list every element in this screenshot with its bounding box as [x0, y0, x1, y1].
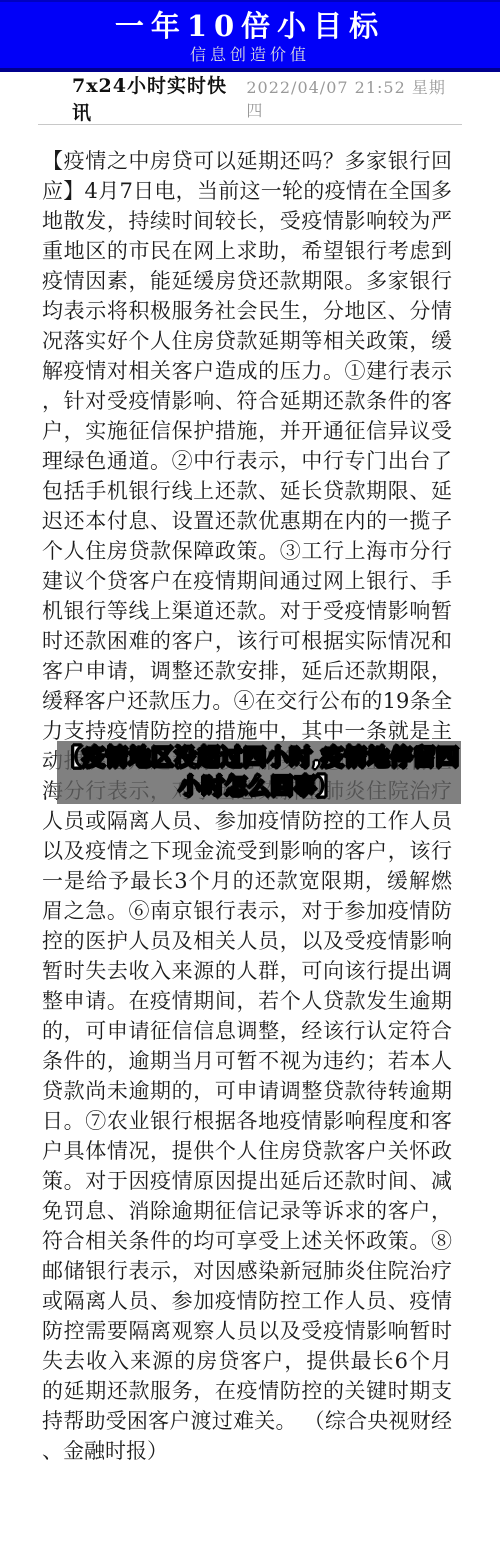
site-title: 一年10倍小目标	[0, 2, 500, 43]
section-title: 7x24小时实时快讯	[72, 71, 246, 125]
overlay-caption: 【疫情地区没超过四小时,疫情地停留四小时怎么回事】	[57, 744, 461, 802]
datetime-label: 2022/04/07 21:52 星期四	[246, 75, 462, 121]
news-ticker-bar: 7x24小时实时快讯 2022/04/07 21:52 星期四	[0, 72, 500, 124]
site-subtitle: 信息创造价值	[0, 46, 500, 64]
site-header: 一年10倍小目标 信息创造价值	[0, 0, 500, 72]
watermark-overlay: 【疫情地区没超过四小时,疫情地停留四小时怎么回事】	[57, 741, 461, 804]
article-body: 【疫情之中房贷可以延期还吗？多家银行回应】4月7日电，当前这一轮的疫情在全国多地…	[42, 146, 452, 1466]
news-page: 一年10倍小目标 信息创造价值 7x24小时实时快讯 2022/04/07 21…	[0, 0, 500, 1550]
